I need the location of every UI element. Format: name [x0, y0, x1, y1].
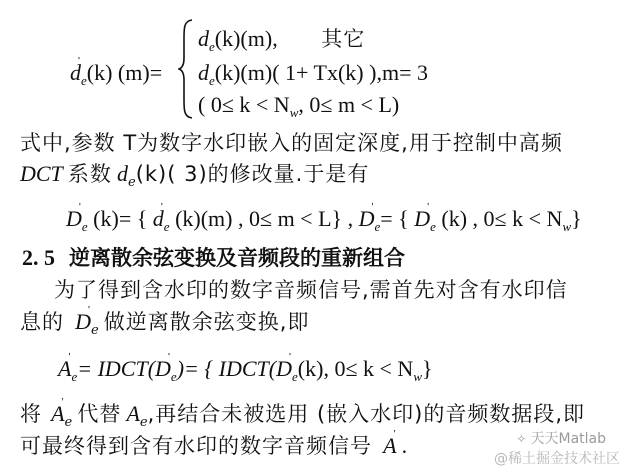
watermark-brand: ✧天天Matlab: [516, 428, 606, 448]
paragraph-1-line-2: DCT 系数 de(k)( 3)的修改量.于是有: [20, 163, 369, 189]
case-1: de(k)(m), 其它: [198, 28, 365, 53]
paragraph-1-line-1: 式中,参数 T为数字水印嵌入的固定深度,用于控制中高频: [20, 133, 563, 154]
case-3-range: ( 0≤ k < Nw, 0≤ m < L): [198, 94, 399, 119]
condition-otherwise: 其它: [321, 27, 365, 51]
watermark-community: @稀土掘金技术社区: [494, 448, 620, 468]
paragraph-3-line-2: 可最终得到含有水印的数字音频信号 A' .: [20, 435, 407, 457]
left-brace: [178, 18, 194, 120]
section-heading: 2. 5逆离散余弦变换及音频段的重新组合: [22, 247, 405, 269]
paragraph-2-line-1: 为了得到含水印的数字音频信号,需首先对含有水印信: [54, 280, 568, 301]
case-2: de(k)(m)( 1+ Tx(k) ),m= 3: [198, 62, 428, 87]
equation-lhs: d'e(k) (m)=: [70, 62, 162, 87]
paragraph-2-line-2: 息的 D'e 做逆离散余弦变换,即: [20, 311, 309, 337]
d-prime-symbol: d': [70, 62, 81, 84]
lhs-rest: (k) (m)=: [87, 60, 162, 85]
wechat-logo-icon: ✧: [516, 432, 526, 446]
equation-IDCT: A'e= IDCT(D'e)= { IDCT(D'e(k), 0≤ k < Nw…: [58, 358, 433, 383]
paragraph-3-line-1: 将 A'e 代替 Ae,再结合未被选用 (嵌入水印)的音频数据段,即: [20, 403, 585, 429]
section-title: 逆离散余弦变换及音频段的重新组合: [69, 246, 405, 270]
section-number: 2. 5: [22, 245, 55, 270]
equation-D-set: D'e (k)= { d'e (k)(m) , 0≤ m < L} , D'e=…: [66, 208, 582, 233]
